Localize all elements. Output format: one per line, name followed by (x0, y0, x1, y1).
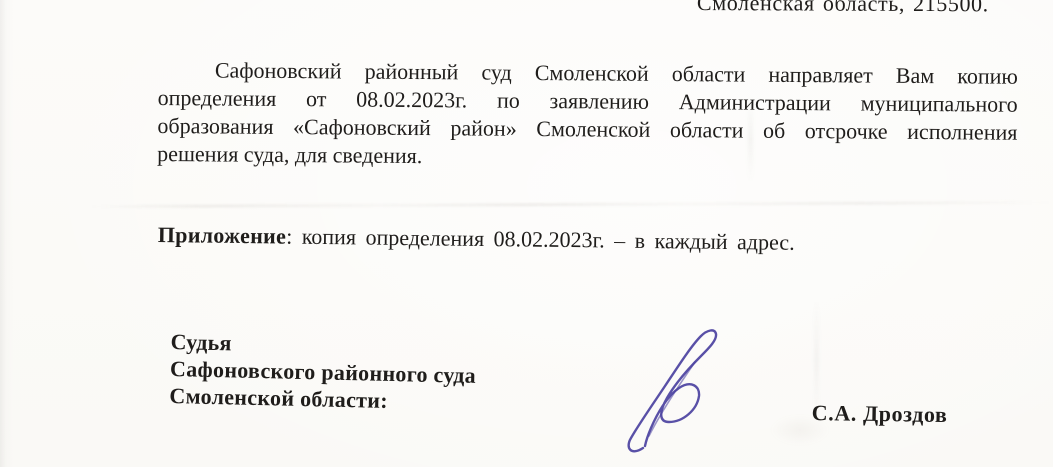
body-paragraph: Сафоновский районный суд Смоленской обла… (157, 56, 1018, 175)
attachment-line: Приложение: копия определения 08.02.2023… (158, 221, 795, 257)
scanned-letter-page: Смоленская область, 215500. Сафоновский … (0, 0, 1053, 467)
address-fragment: Смоленская область, 215500. (697, 0, 989, 16)
signer-name: С.А. Дроздов (812, 399, 948, 428)
handwritten-signature-icon (603, 318, 733, 460)
attachment-text: : копия определения 08.02.2023г. – в каж… (286, 224, 795, 255)
signature-stroke (629, 330, 716, 451)
judge-title-block: Судья Сафоновского районного суда Смолен… (169, 328, 477, 416)
paper-crease (90, 201, 1053, 208)
attachment-label: Приложение (158, 222, 287, 249)
